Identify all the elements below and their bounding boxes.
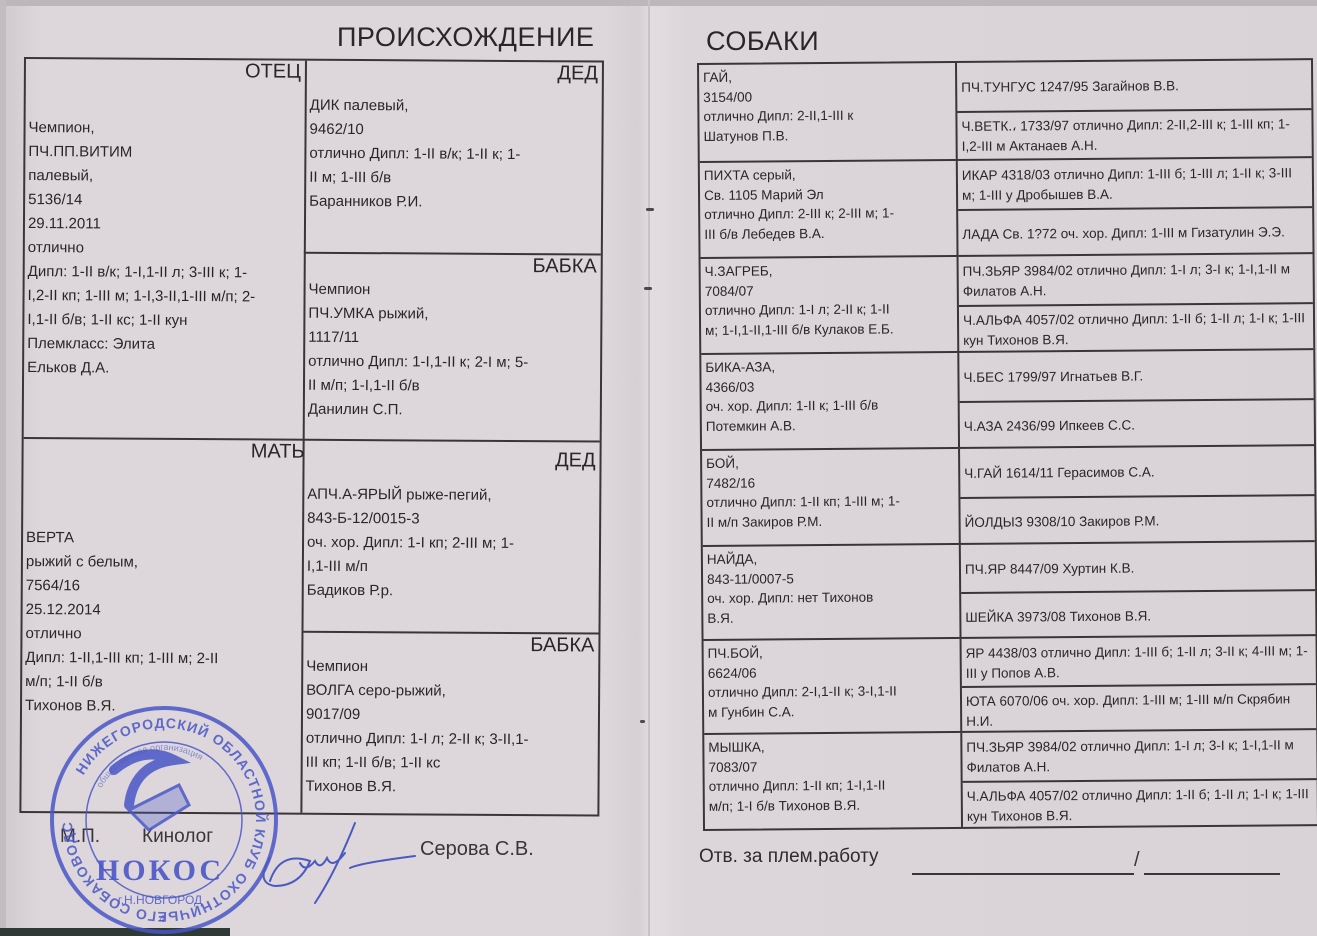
parent-cell-dam: Ч.ВЕТК.، 1733/97 отлично Дипл: 2-II,2-II… bbox=[957, 108, 1311, 159]
maternal-grandfather-info: АПЧ.А-ЯРЫЙ рыже-пегий, 843-Б-12/0015-3 о… bbox=[307, 483, 594, 605]
grandmother-name: ВОЛГА серо-рыжий, bbox=[306, 679, 592, 705]
ancestor-cell: ПИХТА серый, Св. 1105 Марий Эл отлично Д… bbox=[704, 164, 949, 244]
ancestor-diplomas: оч. хор. Дипл: нет Тихонов bbox=[707, 587, 951, 608]
father-cell: ОТЕЦ Чемпион, ПЧ.ПП.ВИТИМ палевый, 5136/… bbox=[24, 59, 305, 439]
staple-mark bbox=[646, 208, 654, 211]
ancestor-reg-number: 4366/03 bbox=[705, 376, 949, 397]
ancestor-cell: Ч.ЗАГРЕБ, 7084/07 отлично Дипл: 1-I л; 2… bbox=[705, 260, 950, 340]
svg-text:г.Н.НОВГОРОД: г.Н.НОВГОРОД bbox=[118, 893, 202, 907]
grandmother-reg-number: 1117/11 bbox=[308, 326, 594, 352]
ancestor-reg-number: 7083/07 bbox=[708, 756, 952, 777]
grandmother-diplomas: отлично Дипл: 1-I л; 2-II к; 3-II,1- bbox=[306, 727, 592, 753]
ancestor-diplomas: м; 1-I,1-II,1-III б/в Кулаков Е.Б. bbox=[705, 319, 949, 340]
mother-name: ВЕРТА bbox=[26, 526, 296, 552]
grandfather-owner: Баранников Р.И. bbox=[309, 190, 595, 216]
ancestor-name: НАЙДА, bbox=[707, 548, 951, 569]
maternal-grandfather-cell: ДЕД АПЧ.А-ЯРЫЙ рыже-пегий, 843-Б-12/0015… bbox=[304, 441, 600, 633]
mother-diplomas: м/п; 1-II б/в bbox=[25, 670, 295, 696]
grandfather-diplomas: отлично Дипл: 1-II в/к; 1-II к; 1- bbox=[309, 142, 595, 168]
ancestor-cell: БИКА-АЗА, 4366/03 оч. хор. Дипл: 1-II к;… bbox=[705, 356, 950, 436]
father-title: Чемпион, bbox=[28, 116, 298, 142]
parent-cell-sire: ПЧ.ТУНГУС 1247/95 Загайнов В.В. bbox=[957, 60, 1311, 111]
maternal-grandmother-cell: БАБКА Чемпион ВОЛГА серо-рыжий, 9017/09 … bbox=[302, 633, 598, 815]
parent-cell-sire: Ч.ГАЙ 1614/11 Герасимов С.А. bbox=[960, 446, 1314, 497]
signature-separator: / bbox=[1134, 849, 1140, 872]
grandmother-diplomas: отлично Дипл: 1-I,1-II к; 2-I м; 5- bbox=[308, 350, 594, 376]
ancestor-cell: ПЧ.БОЙ, 6624/06 отлично Дипл: 2-I,1-II к… bbox=[708, 642, 953, 722]
grandfather-owner: Бадиков Р.р. bbox=[307, 579, 593, 605]
ancestor-name: БИКА-АЗА, bbox=[705, 356, 949, 377]
ancestor-diplomas: оч. хор. Дипл: 1-II к; 1-III б/в bbox=[706, 395, 950, 416]
paternal-grandfather-info: ДИК палевый, 9462/10 отлично Дипл: 1-II … bbox=[309, 94, 596, 216]
grandfather-name: ДИК палевый, bbox=[310, 94, 596, 120]
mother-info: ВЕРТА рыжий с белым, 7564/16 25.12.2014 … bbox=[25, 526, 296, 720]
ancestor-reg-number: 6624/06 bbox=[708, 662, 952, 683]
ancestor-diplomas: отлично Дипл: 2-II,1-III к bbox=[703, 105, 947, 126]
ancestor-reg-number: 3154/00 bbox=[703, 86, 947, 107]
table-row: Ч.ЗАГРЕБ, 7084/07 отлично Дипл: 1-I л; 2… bbox=[701, 252, 1314, 353]
grandfather-diplomas: оч. хор. Дипл: 1-I кп; 2-III м; 1- bbox=[307, 531, 593, 557]
ancestor-diplomas: II м/п Закиров Р.М. bbox=[707, 511, 951, 532]
staple-mark bbox=[640, 720, 645, 723]
ancestor-owner: Шатунов П.В. bbox=[703, 125, 947, 146]
parent-cell-sire: ПЧ.ЗЬЯР 3984/02 отлично Дипл: 1-I л; 3-I… bbox=[962, 730, 1316, 781]
grandmother-owner: Тихонов В.Я. bbox=[305, 775, 591, 801]
grandfather-reg-number: 843-Б-12/0015-3 bbox=[307, 507, 593, 533]
grandmother-header: БАБКА bbox=[533, 254, 597, 278]
grandmother-title: Чемпион bbox=[309, 278, 595, 304]
paternal-grandfather-cell: ДЕД ДИК палевый, 9462/10 отлично Дипл: 1… bbox=[306, 61, 602, 254]
ancestor-reg-number: Св. 1105 Марий Эл bbox=[704, 184, 948, 205]
grandfather-diplomas: I,1-III м/п bbox=[307, 555, 593, 581]
page-left-edge bbox=[0, 0, 6, 936]
father-owner: Ельков Д.А. bbox=[27, 356, 297, 382]
father-info: Чемпион, ПЧ.ПП.ВИТИМ палевый, 5136/14 29… bbox=[27, 116, 299, 382]
grandmother-owner: Данилин С.П. bbox=[308, 398, 594, 424]
ancestor-name: ПИХТА серый, bbox=[704, 164, 948, 185]
ancestor-name: ПЧ.БОЙ, bbox=[708, 642, 952, 663]
table-row: ПЧ.БОЙ, 6624/06 отлично Дипл: 2-I,1-II к… bbox=[704, 634, 1317, 733]
grandmother-diplomas: II м/п; 1-I,1-II б/в bbox=[308, 374, 594, 400]
mother-diplomas: Дипл: 1-II,1-III кп; 1-III м; 2-II bbox=[25, 646, 295, 672]
staple-mark bbox=[644, 287, 652, 290]
ancestor-name: Ч.ЗАГРЕБ, bbox=[705, 260, 949, 281]
ancestor-name: ГАЙ, bbox=[703, 66, 947, 87]
father-breeding-class: Племкласс: Элита bbox=[27, 332, 297, 358]
mother-header: МАТЬ bbox=[251, 439, 305, 463]
parent-cell-sire: ЯР 4438/03 отлично Дипл: 1-III б; 1-II л… bbox=[962, 636, 1316, 686]
ancestor-diplomas: отлично Дипл: 1-I л; 2-II к; 1-II bbox=[705, 299, 949, 320]
ancestor-diplomas: отлично Дипл: 2-I,1-II к; 3-I,1-II bbox=[708, 681, 952, 702]
ancestors-table: ГАЙ, 3154/00 отлично Дипл: 2-II,1-III к … bbox=[697, 58, 1317, 831]
mother-color: рыжий с белым, bbox=[26, 550, 296, 576]
parent-cell-dam: ЛАДА Св. 1?72 оч. хор. Дипл: 1-III м Гиз… bbox=[958, 206, 1312, 257]
grandfather-header: ДЕД bbox=[557, 61, 598, 85]
ancestor-name: БОЙ, bbox=[706, 452, 950, 473]
father-reg-number: 5136/14 bbox=[28, 188, 298, 214]
parent-cell-sire: ИКАР 4318/03 отлично Дипл: 1-III б; 1-II… bbox=[958, 158, 1312, 209]
svg-text:НОКОС: НОКОС bbox=[96, 854, 224, 887]
cynologist-name: Серова С.В. bbox=[420, 838, 534, 861]
paternal-grandmother-cell: БАБКА Чемпион ПЧ.УМКА рыжий, 1117/11 отл… bbox=[305, 254, 601, 441]
ancestor-diplomas: отлично Дипл: 1-II кп; 1-III м; 1- bbox=[706, 491, 950, 512]
maternal-grandmother-info: Чемпион ВОЛГА серо-рыжий, 9017/09 отличн… bbox=[305, 655, 592, 801]
parent-cell-sire: Ч.БЕС 1799/97 Игнатьев В.Г. bbox=[959, 350, 1313, 401]
father-diplomas: I,1-II б/в; 1-II кс; 1-II кун bbox=[27, 308, 297, 334]
parent-cell-dam: Ч.АЗА 2436/99 Ипкеев С.С. bbox=[960, 398, 1314, 449]
svg-text:4: 4 bbox=[159, 914, 165, 925]
grandfather-name: АПЧ.А-ЯРЫЙ рыже-пегий, bbox=[307, 483, 593, 509]
ancestor-diplomas: м/п; 1-I б/в Тихонов В.Я. bbox=[709, 795, 953, 816]
ancestor-cell: НАЙДА, 843-11/0007-5 оч. хор. Дипл: нет … bbox=[707, 548, 952, 628]
father-diplomas: I,2-II кп; 1-III м; 1-I,3-II,1-III м/п; … bbox=[27, 284, 297, 310]
parent-cell-sire: ПЧ.ЯР 8447/09 Хуртин К.В. bbox=[961, 542, 1315, 592]
grandmother-diplomas: III кп; 1-II б/в; 1-II кс bbox=[306, 751, 592, 777]
ancestor-cell: МЫШКА, 7083/07 отлично Дипл: 1-II кп; 1-… bbox=[708, 736, 953, 816]
parent-cell-dam: Ч.АЛЬФА 4057/02 отлично Дипл: 1-II б; 1-… bbox=[963, 778, 1317, 829]
ancestor-diplomas: м Гунбин С.А. bbox=[708, 701, 952, 722]
parent-cell-sire: ПЧ.ЗЬЯР 3984/02 отлично Дипл: 1-I л; 3-I… bbox=[959, 254, 1313, 305]
mother-reg-number: 7564/16 bbox=[26, 574, 296, 600]
ancestor-reg-number: 7084/07 bbox=[705, 280, 949, 301]
table-row: БИКА-АЗА, 4366/03 оч. хор. Дипл: 1-II к;… bbox=[701, 348, 1314, 449]
father-grade: отлично bbox=[28, 236, 298, 262]
grandmother-title: Чемпион bbox=[306, 655, 592, 681]
club-stamp-icon: НИЖЕГОРОДСКИЙ ОБЛАСТНОЙ КЛУБ ОХОТНИЧЬЕГО… bbox=[44, 700, 284, 936]
mother-birth-date: 25.12.2014 bbox=[26, 598, 296, 624]
grandfather-header: ДЕД bbox=[555, 448, 596, 472]
table-row: ГАЙ, 3154/00 отлично Дипл: 2-II,1-III к … bbox=[699, 60, 1312, 161]
ancestor-diplomas: III б/в Лебедев В.А. bbox=[704, 223, 948, 244]
grandmother-name: ПЧ.УМКА рыжий, bbox=[308, 302, 594, 328]
father-diplomas: Дипл: 1-II в/к; 1-I,1-II л; 3-III к; 1- bbox=[28, 260, 298, 286]
ancestor-reg-number: 843-11/0007-5 bbox=[707, 568, 951, 589]
parent-cell-dam: ЮТА 6070/06 оч. хор. Дипл: 1-III м; 1-II… bbox=[962, 683, 1316, 733]
ancestor-cell: ГАЙ, 3154/00 отлично Дипл: 2-II,1-III к … bbox=[703, 66, 948, 146]
parent-cell-dam: Ч.АЛЬФА 4057/02 отлично Дипл: 1-II б; 1-… bbox=[959, 302, 1313, 353]
page-title-dogs: СОБАКИ bbox=[706, 26, 819, 57]
name-line bbox=[1144, 873, 1280, 875]
table-row: БОЙ, 7482/16 отлично Дипл: 1-II кп; 1-II… bbox=[702, 444, 1315, 545]
table-row: ПИХТА серый, Св. 1105 Марий Эл отлично Д… bbox=[700, 156, 1313, 257]
ancestor-reg-number: 7482/16 bbox=[706, 472, 950, 493]
table-row: МЫШКА, 7083/07 отлично Дипл: 1-II кп; 1-… bbox=[704, 728, 1317, 829]
father-color: палевый, bbox=[28, 164, 298, 190]
pedigree-document-spread: ПРОИСХОЖДЕНИЕ ОТЕЦ Чемпион, ПЧ.ПП.ВИТИМ … bbox=[0, 0, 1317, 936]
ancestor-name: МЫШКА, bbox=[708, 736, 952, 757]
breeding-responsible-label: Отв. за плем.работу bbox=[699, 846, 879, 868]
parent-cell-dam: ШЕЙКА 3973/08 Тихонов В.Я. bbox=[961, 589, 1315, 639]
grandmother-reg-number: 9017/09 bbox=[306, 703, 592, 729]
signature-icon bbox=[250, 818, 420, 908]
father-name: ПЧ.ПП.ВИТИМ bbox=[28, 140, 298, 166]
ancestor-owner: Потемкин А.В. bbox=[706, 415, 950, 436]
signature-line bbox=[912, 873, 1134, 875]
ancestor-cell: БОЙ, 7482/16 отлично Дипл: 1-II кп; 1-II… bbox=[706, 452, 951, 532]
page-title-origin: ПРОИСХОЖДЕНИЕ bbox=[337, 22, 594, 53]
page-top-edge bbox=[0, 0, 1317, 6]
paternal-grandmother-info: Чемпион ПЧ.УМКА рыжий, 1117/11 отлично Д… bbox=[308, 278, 595, 424]
grandfather-reg-number: 9462/10 bbox=[309, 118, 595, 144]
ancestor-diplomas: отлично Дипл: 2-III к; 2-III м; 1- bbox=[704, 203, 948, 224]
table-row: НАЙДА, 843-11/0007-5 оч. хор. Дипл: нет … bbox=[703, 540, 1316, 639]
father-header: ОТЕЦ bbox=[245, 59, 301, 83]
mother-grade: отлично bbox=[25, 622, 295, 648]
ancestor-owner: В.Я. bbox=[707, 607, 951, 628]
ancestor-diplomas: отлично Дипл: 1-II кп; 1-I,1-II bbox=[709, 775, 953, 796]
parent-cell-dam: ЙОЛДЫЗ 9308/10 Закиров Р.М. bbox=[960, 494, 1314, 545]
grandfather-diplomas: II м; 1-III б/в bbox=[309, 166, 595, 192]
grandmother-header: БАБКА bbox=[530, 633, 594, 657]
father-birth-date: 29.11.2011 bbox=[28, 212, 298, 238]
book-fold bbox=[648, 0, 650, 936]
